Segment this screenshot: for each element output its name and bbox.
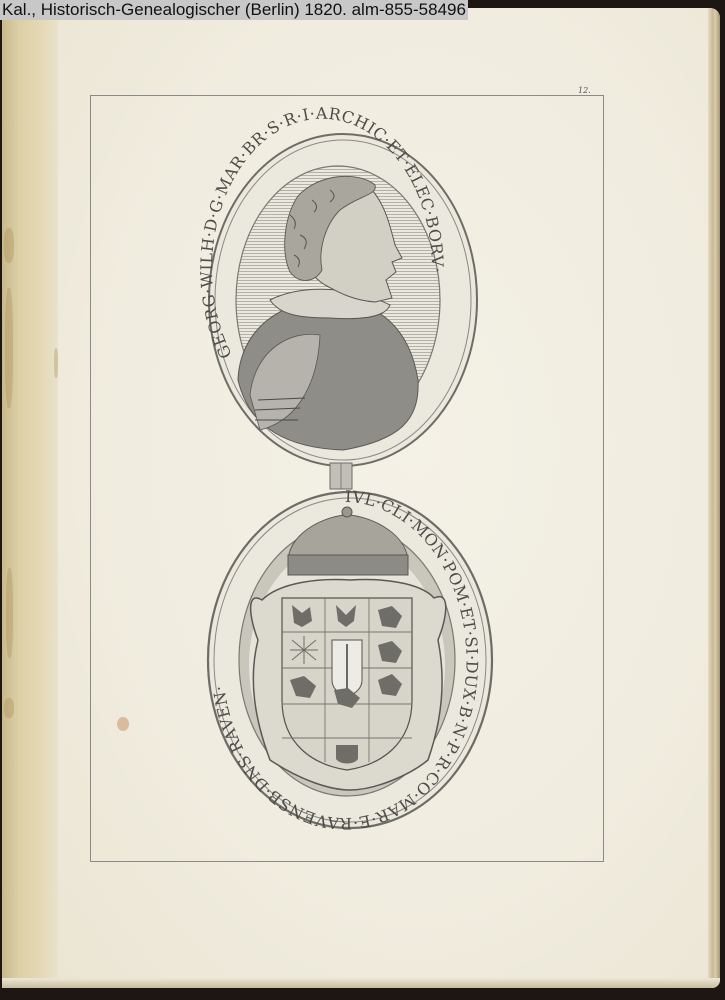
reverse-medallion: IVL·CLI·MON·POM·ET·SI·DUX·B·N·P·R·CO·MAR… bbox=[208, 487, 492, 833]
obverse-medallion: GEORG·WILH·D·G·MAR·BR·S·R·I·ARCHIC·ET·EL… bbox=[197, 104, 477, 466]
source-caption: Kal., Historisch-Genealogischer (Berlin)… bbox=[0, 0, 468, 20]
medal-engraving: GEORG·WILH·D·G·MAR·BR·S·R·I·ARCHIC·ET·EL… bbox=[0, 0, 725, 1000]
